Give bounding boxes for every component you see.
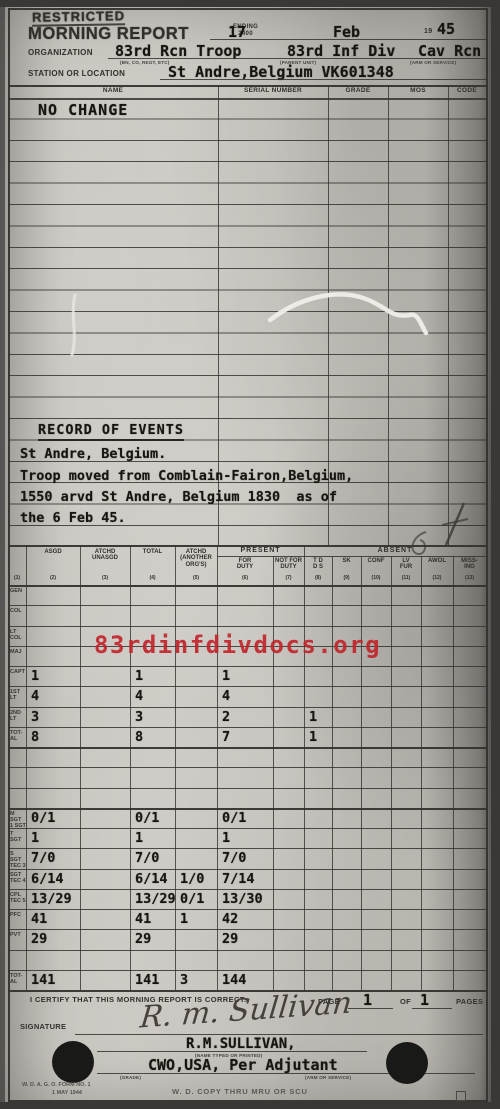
stats-cell: 1/0 — [180, 871, 204, 887]
stats-col-line — [391, 556, 392, 990]
stats-cell: 1 — [135, 830, 143, 846]
stats-col-label: NOT FOR DUTY — [273, 558, 304, 571]
stats-col-line — [421, 556, 422, 990]
stats-cell: 7/14 — [222, 871, 255, 887]
stats-cell: 13/29 — [135, 891, 176, 907]
stats-row-label: SGT TEC 4 — [10, 872, 26, 884]
stats-row-label: LT COL — [10, 629, 26, 641]
stats-col-line — [361, 556, 362, 990]
stats-cell: 4 — [31, 688, 39, 704]
form-date: 1 MAY 1944 — [52, 1090, 82, 1096]
stats-cell: 141 — [135, 972, 159, 988]
scratch-mark-small — [60, 290, 90, 360]
arm-sublabel: (ARM OR SERVICE) — [410, 60, 456, 65]
stats-row-label: MAJ — [10, 649, 26, 655]
stats-col-number: (8) — [304, 576, 332, 581]
stats-col-label: ATCHD (ANOTHER ORG'S) — [175, 549, 217, 568]
stats-cell: 4 — [135, 688, 143, 704]
stats-cell: 6/14 — [31, 871, 64, 887]
stats-cell: 1 — [135, 668, 143, 684]
stats-row-label: M SGT 1 SGT — [10, 811, 26, 829]
record-of-events-title: RECORD OF EVENTS — [38, 422, 184, 441]
stats-cell: 141 — [31, 972, 55, 988]
form-border-bottom — [8, 1100, 488, 1102]
stats-col-number: (3) — [80, 576, 130, 581]
stats-col-line — [26, 545, 27, 990]
stats-cell: 13/30 — [222, 891, 263, 907]
stats-col-number: (10) — [361, 576, 391, 581]
stats-group-absent: ABSENT — [304, 547, 486, 554]
stats-col-line — [304, 545, 305, 990]
stats-row-label: CAPT — [10, 669, 26, 675]
pages-underline — [412, 1008, 452, 1009]
stats-cell: 1 — [31, 830, 39, 846]
stats-cell: 7/0 — [31, 850, 55, 866]
scan-edge-bottom — [0, 1102, 500, 1109]
stats-cell: 41 — [135, 911, 151, 927]
signature-label: SIGNATURE — [20, 1022, 66, 1031]
signature-script: R. m. Sullivan — [138, 985, 353, 1035]
form-border-right — [486, 8, 488, 1102]
punch-hole-left — [52, 1041, 94, 1083]
scan-edge-left — [0, 0, 5, 1109]
stats-row-label: PFC — [10, 912, 26, 918]
page-number: 1 — [363, 991, 372, 1009]
stats-col-number: (2) — [26, 576, 80, 581]
stats-col-number: (1) — [8, 576, 26, 581]
pencil-checkmark — [438, 495, 478, 550]
stats-cell: 1 — [309, 729, 317, 745]
organization-label: ORGANIZATION — [28, 48, 93, 57]
stats-col-label: ASGD — [26, 549, 80, 555]
stats-cell: 4 — [222, 688, 230, 704]
stats-cell: 8 — [31, 729, 39, 745]
stats-row-label: PVT — [10, 932, 26, 938]
stats-row-label: TOT- AL — [10, 973, 26, 985]
stats-col-label: CONF — [361, 558, 391, 564]
stats-cell: 0/1 — [31, 810, 55, 826]
stats-cell: 7 — [222, 729, 230, 745]
stats-cell: 1 — [222, 668, 230, 684]
stats-col-label: AWOL — [421, 558, 453, 564]
stats-col-label: TOTAL — [130, 549, 175, 555]
stats-cell: 3 — [31, 709, 39, 725]
typed-name: R.M.SULLIVAN, — [186, 1036, 296, 1052]
stats-col-number: (9) — [332, 576, 361, 581]
morning-report-form: RESTRICTED MORNING REPORT ENDING 2400 17… — [0, 0, 500, 1109]
stats-group-present: PRESENT — [217, 547, 304, 554]
organization-underline — [108, 58, 486, 59]
name-table-col-line — [448, 85, 449, 545]
stats-cell: 6/14 — [135, 871, 168, 887]
watermark: 83rdinfdivdocs.org — [94, 631, 381, 659]
stats-cell: 3 — [135, 709, 143, 725]
of-label: OF — [400, 997, 411, 1006]
stats-row-label: GEN — [10, 588, 26, 594]
stats-row-label: 1ST LT — [10, 689, 26, 701]
scan-edge-top — [0, 0, 500, 7]
record-line: Troop moved from Comblain-Fairon,Belgium… — [20, 468, 353, 484]
stats-col-line — [130, 545, 131, 990]
stats-col-label: FOR DUTY — [217, 558, 273, 571]
stats-cell: 29 — [135, 931, 151, 947]
stats-cell: 13/29 — [31, 891, 72, 907]
stats-row-label: S SGT TEC 3 — [10, 851, 26, 869]
stats-col-line — [175, 545, 176, 990]
stats-row-label: CPL TEC 5 — [10, 892, 26, 904]
stats-col-number: (6) — [217, 576, 273, 581]
station-underline — [160, 79, 486, 80]
stats-cell: 1 — [309, 709, 317, 725]
station-label: STATION OR LOCATION — [28, 69, 125, 78]
org-sublabel: (BN, CO, REGT, ETC) — [120, 60, 169, 65]
stats-col-line — [453, 556, 454, 990]
typed-name-underline — [97, 1051, 367, 1052]
date-underline — [210, 39, 486, 40]
stats-cell: 3 — [180, 972, 188, 988]
name-table-header: GRADE — [328, 87, 388, 94]
stats-cell: 29 — [31, 931, 47, 947]
stats-cell: 1 — [180, 911, 188, 927]
stats-row-label: COL — [10, 608, 26, 614]
stats-cell: 7/0 — [222, 850, 246, 866]
stats-col-line — [273, 556, 274, 990]
stats-cell: 1 — [222, 830, 230, 846]
stats-col-label: T D D S — [304, 558, 332, 571]
scratch-mark — [260, 285, 440, 345]
record-line: 1550 arvd St Andre, Belgium 1830 as of — [20, 489, 337, 505]
stats-cell: 2 — [222, 709, 230, 725]
form-title: MORNING REPORT — [28, 23, 189, 44]
stats-row-line — [8, 990, 486, 992]
stats-cell: 41 — [31, 911, 47, 927]
stats-cell: 0/1 — [222, 810, 246, 826]
stats-cell: 7/0 — [135, 850, 159, 866]
punch-hole-right — [386, 1042, 428, 1084]
stats-col-number: (7) — [273, 576, 304, 581]
grade-line: CWO,USA, Per Adjutant — [148, 1056, 338, 1074]
name-table-header: MOS — [388, 87, 448, 94]
stats-cell: 0/1 — [135, 810, 159, 826]
stats-cell: 1 — [31, 668, 39, 684]
stats-col-label: SK — [332, 558, 361, 564]
stats-cell: 144 — [222, 972, 246, 988]
signature-underline — [75, 1034, 483, 1035]
stats-row-label: T SGT — [10, 831, 26, 843]
footer-checkbox — [456, 1091, 466, 1101]
copy-note: W. D. COPY THRU MRU OR SCU — [172, 1087, 308, 1096]
grade-sublabel: (GRADE) — [120, 1075, 141, 1080]
arm-sublabel-footer: (ARM OR SERVICE) — [305, 1075, 351, 1080]
stats-col-number: (11) — [391, 576, 421, 581]
stats-col-label: LV FUR — [391, 558, 421, 571]
stats-row-label: 2ND LT — [10, 710, 26, 722]
stats-col-number: (12) — [421, 576, 453, 581]
stats-col-number: (5) — [175, 576, 217, 581]
stats-col-line — [332, 556, 333, 990]
year-value: 45 — [437, 20, 455, 38]
stats-row-label: TOT- AL — [10, 730, 26, 742]
scan-edge-right — [491, 0, 500, 1109]
name-table-header: CODE — [448, 87, 486, 94]
stats-col-number: (4) — [130, 576, 175, 581]
form-number: W. D. A. G. O. FORM NO. 1 — [22, 1082, 91, 1088]
stats-cell: 42 — [222, 911, 238, 927]
stats-group-divider — [217, 556, 486, 557]
name-table-header: NAME — [8, 87, 218, 94]
page-underline — [348, 1008, 393, 1009]
stats-cell: 29 — [222, 931, 238, 947]
stats-col-number: (13) — [453, 576, 486, 581]
name-table-header: SERIAL NUMBER — [218, 87, 328, 94]
year-prefix: 19 — [424, 28, 432, 35]
pages-total: 1 — [420, 991, 429, 1009]
stats-col-line — [217, 545, 218, 990]
record-line: the 6 Feb 45. — [20, 510, 126, 526]
stats-col-line — [80, 545, 81, 990]
name-entry: NO CHANGE — [38, 101, 128, 119]
stats-col-label: ATCHD UNASGD — [80, 549, 130, 562]
stats-cell: 8 — [135, 729, 143, 745]
pages-label: PAGES — [456, 997, 483, 1006]
record-line: St Andre, Belgium. — [20, 446, 166, 462]
stats-cell: 0/1 — [180, 891, 204, 907]
stats-col-label: MISS- ING — [453, 558, 486, 571]
